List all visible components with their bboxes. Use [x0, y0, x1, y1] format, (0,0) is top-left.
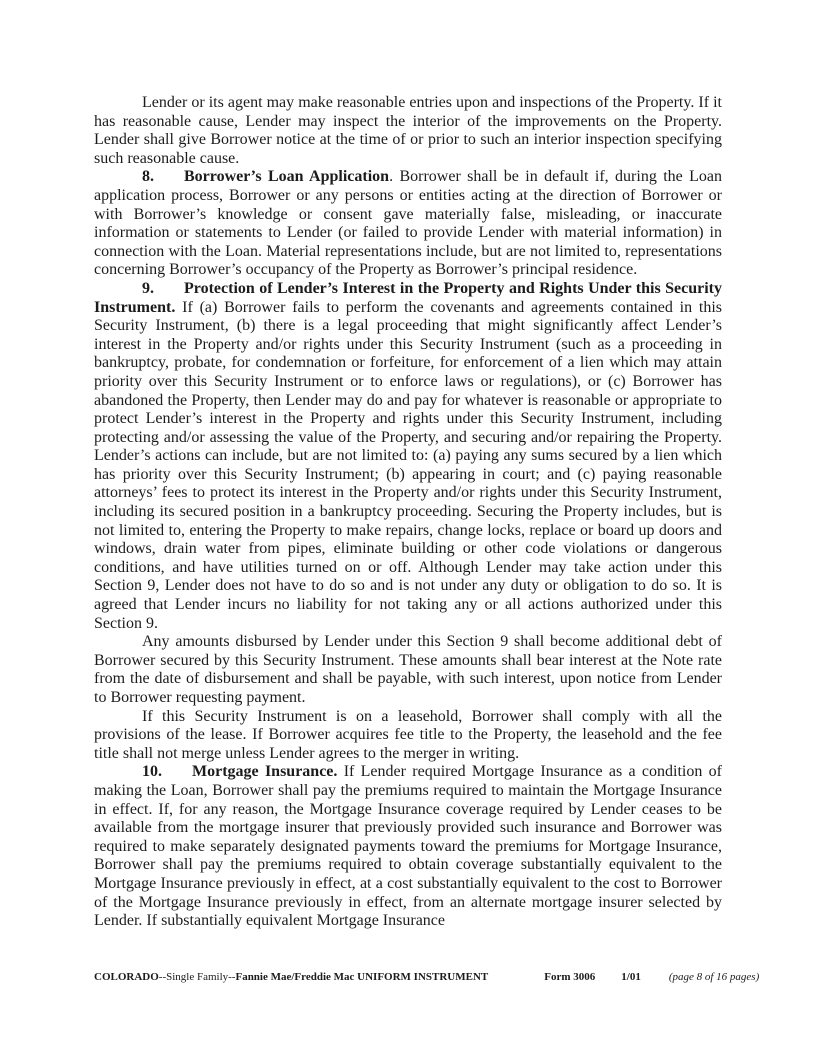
document-body: Lender or its agent may make reasonable …: [94, 94, 722, 931]
section-number: 8.: [142, 168, 154, 185]
section-heading: Borrower’s Loan Application: [184, 168, 389, 185]
paragraph-inspection: Lender or its agent may make reasonable …: [94, 94, 722, 168]
paragraph-text: Any amounts disbursed by Lender under th…: [94, 633, 722, 706]
page-footer: COLORADO--Single Family--Fannie Mae/Fred…: [94, 971, 722, 984]
paragraph-leasehold: If this Security Instrument is on a leas…: [94, 708, 722, 764]
footer-instrument-label: COLORADO--Single Family--Fannie Mae/Fred…: [94, 971, 488, 984]
section-8-borrowers-loan-application: 8.Borrower’s Loan Application. Borrower …: [94, 168, 722, 280]
section-number: 10.: [142, 763, 162, 780]
document-page: Lender or its agent may make reasonable …: [0, 0, 816, 1056]
footer-form-number: Form 3006: [544, 971, 595, 984]
paragraph-text: Lender or its agent may make reasonable …: [94, 94, 722, 167]
footer-form-version: 1/01: [621, 971, 641, 984]
paragraph-text: If (a) Borrower fails to perform the cov…: [94, 299, 722, 632]
paragraph-text: If Lender required Mortgage Insurance as…: [94, 763, 722, 929]
paragraph-amounts-disbursed: Any amounts disbursed by Lender under th…: [94, 633, 722, 707]
section-number: 9.: [142, 280, 154, 297]
footer-run: Fannie Mae/Freddie Mac UNIFORM INSTRUMEN…: [235, 971, 488, 983]
section-10-mortgage-insurance: 10.Mortgage Insurance. If Lender require…: [94, 763, 722, 930]
footer-page-note: (page 8 of 16 pages): [669, 971, 759, 984]
section-heading: Mortgage Insurance.: [192, 763, 337, 780]
section-9-protection-of-lenders-interest: 9.Protection of Lender’s Interest in the…: [94, 280, 722, 633]
footer-run: COLORADO: [94, 971, 159, 983]
footer-run: --Single Family--: [159, 971, 236, 983]
paragraph-text: If this Security Instrument is on a leas…: [94, 708, 722, 762]
